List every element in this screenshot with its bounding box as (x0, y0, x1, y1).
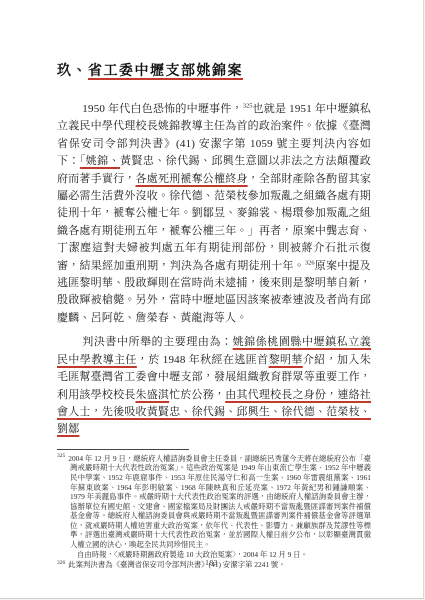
footnote-325: 3252004 年 12 月 9 日，總統府人權諮詢委員會主任委員，副總統呂秀蓮… (57, 454, 371, 560)
footnote-separator (57, 449, 189, 450)
body-paragraph: 判決書中所舉的主要理由為：姚錦係桃園縣中壢鎮私立義民中學教導主任，於 1948 … (57, 334, 371, 438)
footnote-text: 2004 年 12 月 9 日，總統府人權諮詢委員會主任委員，副總統呂秀蓮今天將… (68, 454, 371, 549)
section-title: 玖、省工委中壢支部姚錦案 (57, 60, 371, 80)
body-paragraph: 1950 年代白色恐怖的中壢事件，325也就是 1951 年中壢鎮私立義民中學代… (57, 101, 371, 327)
footnote-number: 325 (57, 453, 65, 459)
section-title-underlined: 省工委中壢支部姚錦案 (88, 64, 243, 79)
body-text: 1950 年代白色恐怖的中壢事件，325也就是 1951 年中壢鎮私立義民中學代… (57, 101, 371, 439)
page-content: 玖、省工委中壢支部姚錦案 1950 年代白色恐怖的中壢事件，325也就是 195… (57, 60, 371, 570)
page-number: 183 (0, 558, 423, 567)
footnotes: 3252004 年 12 月 9 日，總統府人權諮詢委員會主任委員，副總統呂秀蓮… (57, 454, 371, 570)
document-page: 玖、省工委中壢支部姚錦案 1950 年代白色恐怖的中壢事件，325也就是 195… (0, 0, 424, 599)
section-title-prefix: 玖、 (57, 64, 88, 79)
